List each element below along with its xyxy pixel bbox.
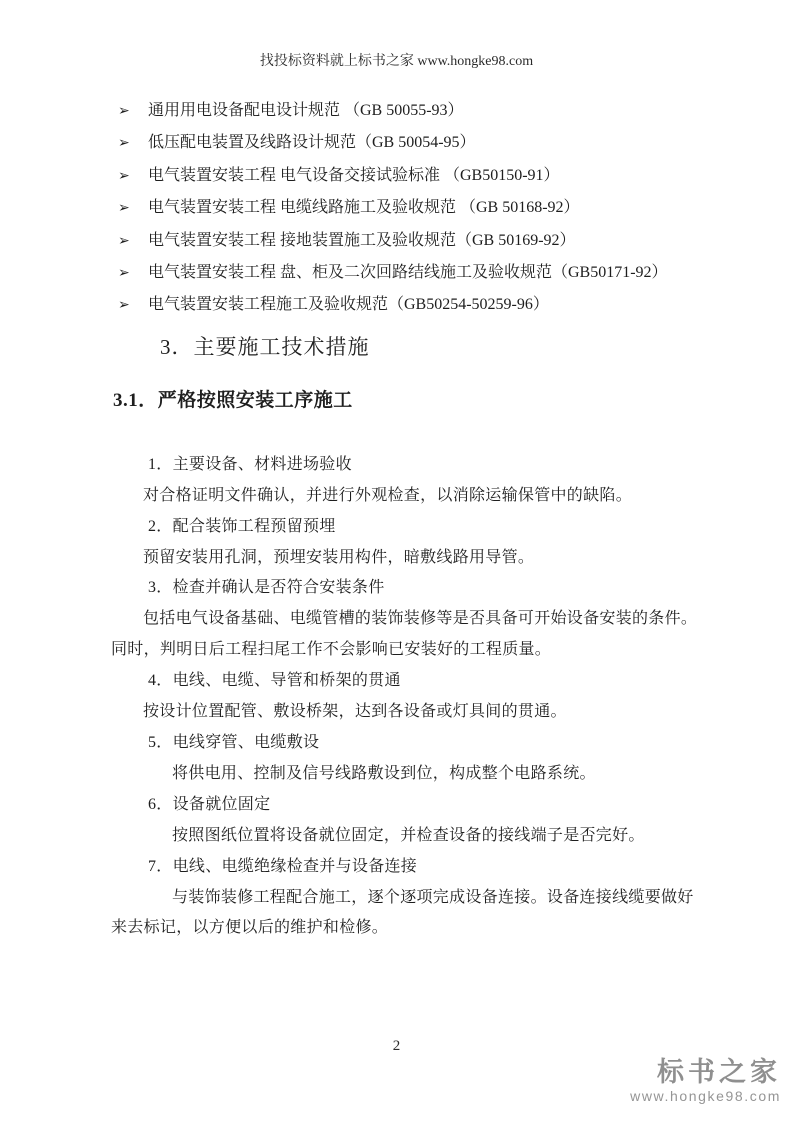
list-item-text: 电气装置安装工程施工及验收规范（GB50254-50259-96） bbox=[148, 289, 549, 320]
list-item: ➢ 通用用电设备配电设计规范 （GB 50055-93） bbox=[111, 95, 703, 127]
list-item: ➢ 低压配电装置及线路设计规范（GB 50054-95） bbox=[111, 127, 703, 159]
list-item: ➢ 电气装置安装工程 电气设备交接试验标准 （GB50150-91） bbox=[111, 160, 703, 192]
page-header-text: 找投标资料就上标书之家 www.hongke98.com bbox=[0, 0, 793, 70]
body-line: 将供电用、控制及信号线路敷设到位，构成整个电路系统。 bbox=[111, 759, 703, 790]
document-page: 找投标资料就上标书之家 www.hongke98.com ➢ 通用用电设备配电设… bbox=[0, 0, 793, 1122]
watermark-url: www.hongke98.com bbox=[630, 1088, 781, 1104]
body-line: 同时，判明日后工程扫尾工作不会影响已安装好的工程质量。 bbox=[111, 635, 703, 666]
list-item-text: 低压配电装置及线路设计规范（GB 50054-95） bbox=[148, 127, 476, 158]
reference-standards-list: ➢ 通用用电设备配电设计规范 （GB 50055-93） ➢ 低压配电装置及线路… bbox=[111, 95, 703, 322]
page-number: 2 bbox=[0, 1038, 793, 1055]
section-heading: 3．主要施工技术措施 bbox=[160, 334, 703, 360]
body-line: 4．电线、电缆、导管和桥架的贯通 bbox=[111, 666, 703, 697]
list-item: ➢ 电气装置安装工程 电缆线路施工及验收规范 （GB 50168-92） bbox=[111, 192, 703, 224]
list-item-text: 电气装置安装工程 电缆线路施工及验收规范 （GB 50168-92） bbox=[148, 192, 580, 223]
subsection-heading: 3.1．严格按照安装工序施工 bbox=[113, 388, 703, 414]
list-item: ➢ 电气装置安装工程 盘、柜及二次回路结线施工及验收规范（GB50171-92） bbox=[111, 257, 703, 289]
body-line: 对合格证明文件确认，并进行外观检查，以消除运输保管中的缺陷。 bbox=[111, 481, 703, 512]
body-line: 1．主要设备、材料进场验收 bbox=[111, 450, 703, 481]
list-item-text: 电气装置安装工程 接地装置施工及验收规范（GB 50169-92） bbox=[148, 225, 576, 256]
watermark: 标书之家 www.hongke98.com bbox=[630, 1056, 781, 1104]
body-line: 按照图纸位置将设备就位固定，并检查设备的接线端子是否完好。 bbox=[111, 821, 703, 852]
body-line: 5．电线穿管、电缆敷设 bbox=[111, 728, 703, 759]
body-line: 预留安装用孔洞，预埋安装用构件，暗敷线路用导管。 bbox=[111, 543, 703, 574]
body-line: 与装饰装修工程配合施工，逐个逐项完成设备连接。设备连接线缆要做好 bbox=[111, 883, 703, 914]
body-text: 1．主要设备、材料进场验收 对合格证明文件确认，并进行外观检查，以消除运输保管中… bbox=[111, 450, 703, 945]
arrow-bullet-icon: ➢ bbox=[111, 128, 148, 159]
page-content: ➢ 通用用电设备配电设计规范 （GB 50055-93） ➢ 低压配电装置及线路… bbox=[111, 95, 703, 944]
arrow-bullet-icon: ➢ bbox=[111, 226, 148, 257]
body-line: 2．配合装饰工程预留预埋 bbox=[111, 512, 703, 543]
arrow-bullet-icon: ➢ bbox=[111, 193, 148, 224]
arrow-bullet-icon: ➢ bbox=[111, 96, 148, 127]
body-line: 3．检查并确认是否符合安装条件 bbox=[111, 573, 703, 604]
body-line: 按设计位置配管、敷设桥架，达到各设备或灯具间的贯通。 bbox=[111, 697, 703, 728]
body-line: 来去标记，以方便以后的维护和检修。 bbox=[111, 913, 703, 944]
arrow-bullet-icon: ➢ bbox=[111, 161, 148, 192]
list-item: ➢ 电气装置安装工程 接地装置施工及验收规范（GB 50169-92） bbox=[111, 225, 703, 257]
body-line: 包括电气设备基础、电缆管槽的装饰装修等是否具备可开始设备安装的条件。 bbox=[111, 604, 703, 635]
list-item: ➢ 电气装置安装工程施工及验收规范（GB50254-50259-96） bbox=[111, 289, 703, 321]
list-item-text: 电气装置安装工程 盘、柜及二次回路结线施工及验收规范（GB50171-92） bbox=[148, 257, 668, 288]
arrow-bullet-icon: ➢ bbox=[111, 258, 148, 289]
body-line: 6．设备就位固定 bbox=[111, 790, 703, 821]
watermark-logo: 标书之家 bbox=[630, 1056, 781, 1088]
list-item-text: 通用用电设备配电设计规范 （GB 50055-93） bbox=[148, 95, 464, 126]
body-line: 7．电线、电缆绝缘检查并与设备连接 bbox=[111, 852, 703, 883]
arrow-bullet-icon: ➢ bbox=[111, 290, 148, 321]
list-item-text: 电气装置安装工程 电气设备交接试验标准 （GB50150-91） bbox=[148, 160, 560, 191]
